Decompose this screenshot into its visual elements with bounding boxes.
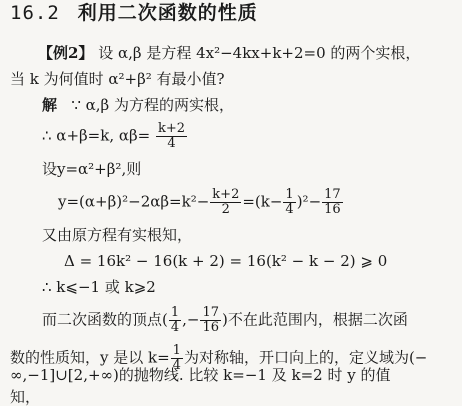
solution-vertex: 而二次函数的顶点(14,−1716)不在此范围内，根据二次函 bbox=[42, 306, 408, 335]
fraction: k+24 bbox=[156, 122, 187, 151]
solution-line-because: 解 ∵ α,β 为方程的两实根， bbox=[42, 96, 234, 114]
section-number: 16.2 bbox=[10, 2, 60, 24]
fraction: 14 bbox=[283, 188, 295, 217]
solution-discriminant: Δ = 16k² − 16(k + 2) = 16(k² − k − 2) ⩾ … bbox=[64, 252, 387, 270]
fraction: 14 bbox=[169, 306, 181, 335]
example-label: 【例2】 bbox=[38, 44, 93, 62]
example-question-part1: 设 α,β 是方程 4x²−4kx+k+2=0 的两个实根， bbox=[98, 44, 420, 62]
solution-domain: ∞,−1]∪[2,+∞)的抛物线. 比较 k=−1 及 k=2 时 y 的值 bbox=[10, 366, 390, 384]
solution-let-y: 设y=α²+β²,则 bbox=[42, 160, 141, 178]
section-title: 利用二次函数的性质 bbox=[78, 2, 258, 24]
solution-vieta: ∴ α+β=k, αβ= k+24 bbox=[42, 122, 188, 151]
solution-last-line: 知， bbox=[10, 388, 40, 406]
solution-k-range: ∴ k⩽−1 或 k⩾2 bbox=[42, 278, 156, 296]
section-heading: 16.2利用二次函数的性质 bbox=[10, 4, 258, 22]
solution-real-roots: 又由原方程有实根知， bbox=[42, 226, 192, 244]
example-line-2: 当 k 为何值时 α²+β² 有最小值? bbox=[10, 70, 225, 88]
fraction: 1716 bbox=[322, 188, 343, 217]
solution-y-expression: y=(α+β)²−2αβ=k²−k+22=(k−14)²−1716 bbox=[58, 188, 344, 217]
solution-label: 解 bbox=[42, 96, 57, 114]
fraction: k+22 bbox=[210, 188, 241, 217]
fraction: 1716 bbox=[200, 306, 221, 335]
example-line-1: 【例2】 设 α,β 是方程 4x²−4kx+k+2=0 的两个实根， bbox=[38, 44, 420, 62]
